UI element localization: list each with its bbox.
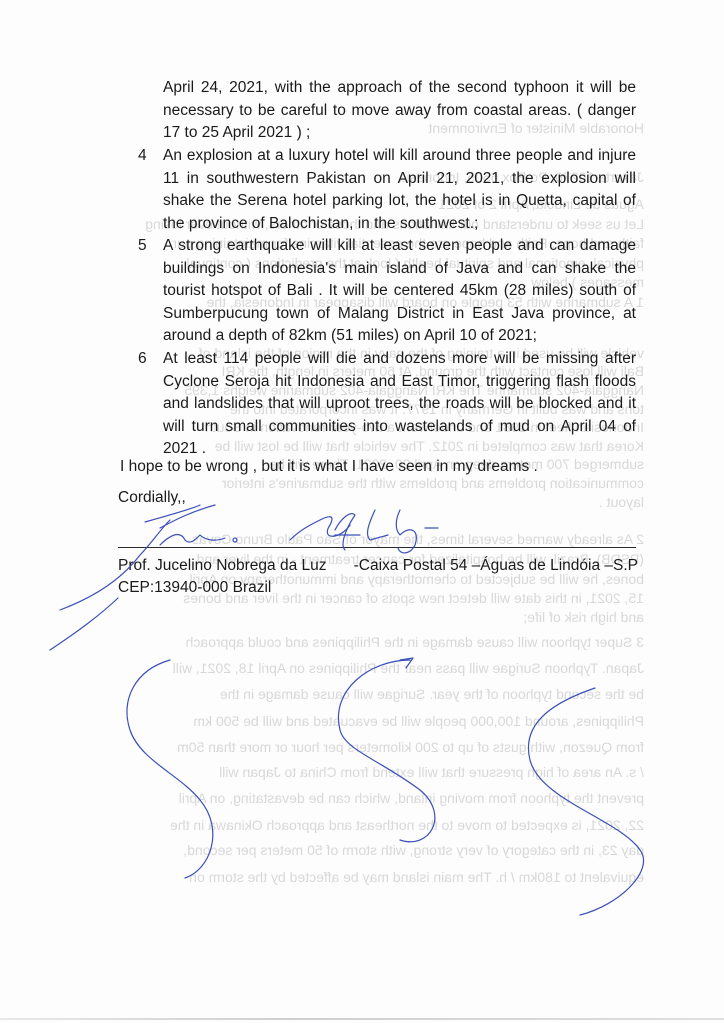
item-text: An explosion at a luxury hotel will kill… — [163, 145, 636, 235]
item-text: At least 114 people will die and dozens … — [163, 348, 636, 461]
author-address: -Caixa Postal 54 –Águas de Lindóia –S.P — [354, 555, 638, 577]
item-number: 4 — [138, 145, 158, 168]
signature-line — [118, 547, 636, 548]
item-number: 6 — [138, 348, 158, 371]
closing-remark: I hope to be wrong , but it is what I ha… — [120, 458, 538, 476]
signature-block: Prof. Jucelino Nobrega da Luz -Caixa Pos… — [118, 555, 638, 599]
item-number: 5 — [138, 235, 158, 258]
scanned-letter-page: Honorable Minister of EnvironmentJakarta… — [0, 0, 724, 1023]
item-3-continuation: April 24, 2021, with the approach of the… — [163, 77, 636, 145]
scan-edge-shadow — [0, 1018, 724, 1020]
author-name: Prof. Jucelino Nobrega da Luz — [118, 555, 327, 577]
item-text: A strong earthquake will kill at least s… — [163, 235, 636, 348]
author-postal-code: CEP:13940-000 Brazil — [118, 577, 638, 599]
salutation: Cordially,, — [118, 489, 186, 507]
